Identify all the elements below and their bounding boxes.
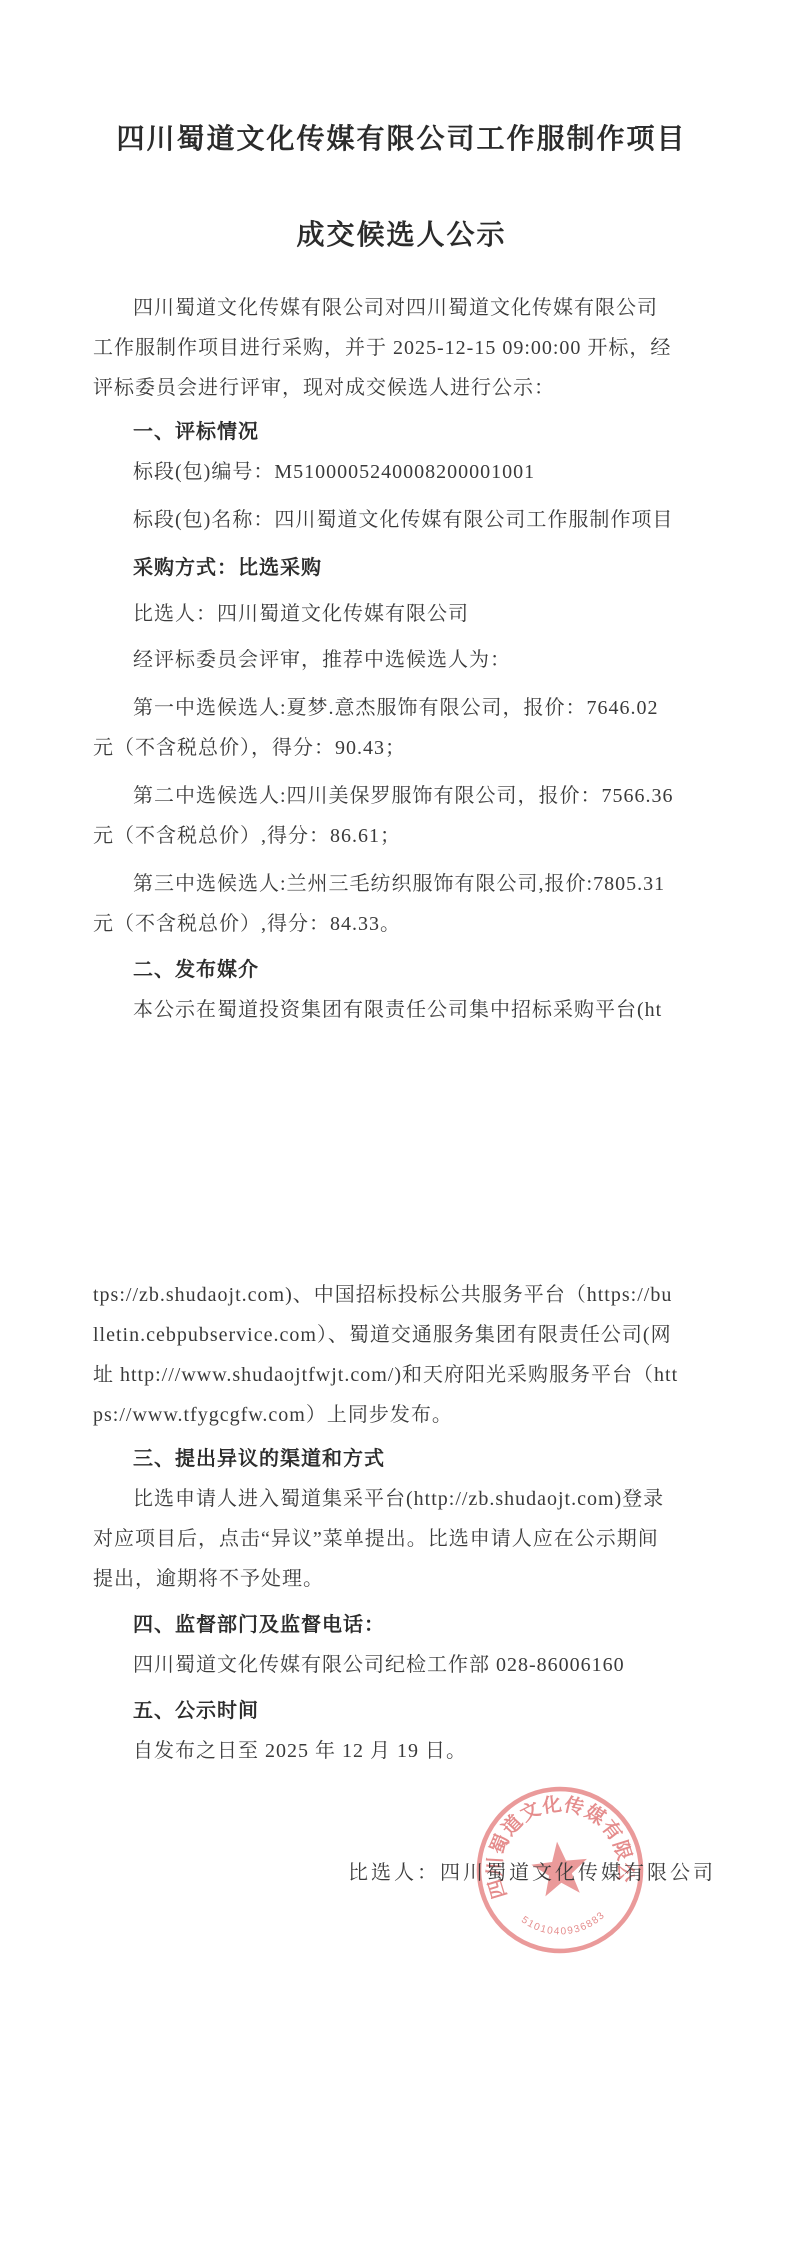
procurement-method-line: 采购方式：比选采购 bbox=[93, 548, 710, 588]
section-objection-heading: 三、提出异议的渠道和方式 bbox=[93, 1439, 710, 1479]
section-period-heading: 五、公示时间 bbox=[93, 1691, 710, 1731]
media-paragraph-part2: tps://zb.shudaojt.com)、中国招标投标公共服务平台（http… bbox=[93, 1275, 710, 1435]
purchaser-line: 比选人：四川蜀道文化传媒有限公司 bbox=[93, 594, 710, 634]
page-title-line1: 四川蜀道文化传媒有限公司工作服制作项目 bbox=[93, 118, 710, 162]
page-title-line2: 成交候选人公示 bbox=[93, 214, 710, 258]
page-break-gap bbox=[93, 1030, 710, 1275]
review-note-line: 经评标委员会评审，推荐中选候选人为： bbox=[93, 640, 710, 680]
lot-number-line: 标段(包)编号：M5100005240008200001001 bbox=[93, 452, 710, 492]
document-content: 四川蜀道文化传媒有限公司工作服制作项目 成交候选人公示 四川蜀道文化传媒有限公司… bbox=[93, 118, 710, 1771]
intro-paragraph: 四川蜀道文化传媒有限公司对四川蜀道文化传媒有限公司 工作服制作项目进行采购，并于… bbox=[93, 288, 710, 408]
section-supervision-heading: 四、监督部门及监督电话： bbox=[93, 1605, 710, 1645]
media-paragraph-part1: 本公示在蜀道投资集团有限责任公司集中招标采购平台(ht bbox=[93, 990, 710, 1030]
period-paragraph: 自发布之日至 2025 年 12 月 19 日。 bbox=[93, 1731, 710, 1771]
document-page: 四川蜀道文化传媒有限公司工作服制作项目 成交候选人公示 四川蜀道文化传媒有限公司… bbox=[0, 0, 794, 2244]
section-evaluation-heading: 一、评标情况 bbox=[93, 412, 710, 452]
candidate-second-paragraph: 第二中选候选人:四川美保罗服饰有限公司，报价：7566.36 元（不含税总价）,… bbox=[93, 776, 710, 856]
svg-text:5101040936883: 5101040936883 bbox=[518, 1906, 609, 1942]
candidate-first-paragraph: 第一中选候选人:夏梦.意杰服饰有限公司，报价：7646.02 元（不含税总价），… bbox=[93, 688, 710, 768]
seal-number-text: 5101040936883 bbox=[518, 1906, 609, 1942]
signature-line: 比选人：四川蜀道文化传媒有限公司 bbox=[348, 1856, 716, 1885]
lot-name-line: 标段(包)名称：四川蜀道文化传媒有限公司工作服制作项目 bbox=[93, 500, 710, 540]
candidate-third-paragraph: 第三中选候选人:兰州三毛纺织服饰有限公司,报价:7805.31 元（不含税总价）… bbox=[93, 864, 710, 944]
objection-paragraph: 比选申请人进入蜀道集采平台(http://zb.shudaojt.com)登录 … bbox=[93, 1479, 710, 1599]
supervision-paragraph: 四川蜀道文化传媒有限公司纪检工作部 028-86006160 bbox=[93, 1645, 710, 1685]
section-media-heading: 二、发布媒介 bbox=[93, 950, 710, 990]
